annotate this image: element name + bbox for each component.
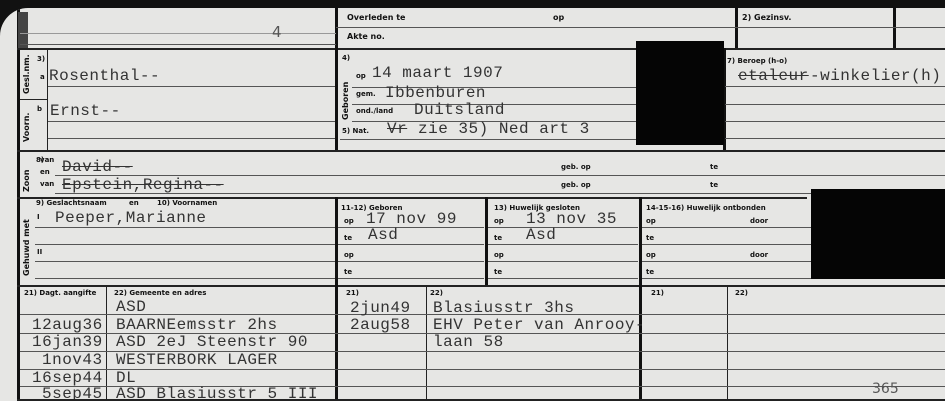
en-label: en: [129, 199, 139, 207]
pencil-mark: 4: [272, 23, 282, 41]
rule: [488, 244, 638, 245]
rule: [725, 86, 945, 87]
date-mid-1: 2aug58: [350, 316, 411, 334]
geb-op-label: geb. op: [561, 163, 591, 171]
col21-header-3: 21): [651, 289, 664, 297]
door-label: door: [750, 217, 768, 225]
spouse1-birth-place: Asd: [368, 226, 398, 244]
op-label: op: [344, 217, 354, 225]
rule: [340, 139, 642, 140]
rule: [35, 227, 335, 228]
rule: [35, 244, 335, 245]
date-left-1: 12aug36: [32, 316, 103, 334]
rule: [48, 86, 335, 87]
rule: [642, 244, 812, 245]
col21-header-2: 21): [346, 289, 359, 297]
given-names-value: Ernst--: [50, 102, 121, 120]
col22-header: 22) Gemeente en adres: [114, 289, 206, 297]
col21-header: 21) Dagt. aangifte: [24, 289, 96, 297]
rule: [20, 369, 945, 370]
ontbonden-header: 14-15-16) Huwelijk ontbonden: [646, 204, 766, 212]
left-border: [17, 8, 20, 401]
divider: [335, 197, 338, 287]
divider: [335, 285, 338, 401]
land-label: ond./land: [356, 107, 393, 115]
rule: [35, 278, 335, 279]
te-label-2: te: [710, 181, 718, 189]
rule: [20, 99, 48, 100]
divider: [639, 197, 642, 287]
section-rule: [17, 285, 945, 287]
te-label-6: te: [646, 268, 654, 276]
geboren-side-label: Geboren: [341, 82, 350, 120]
address-left-2: ASD 2eJ Steenstr 90: [116, 333, 308, 351]
overleden-label: Overleden te: [347, 13, 405, 22]
col22-header-3: 22): [735, 289, 748, 297]
divider: [893, 8, 896, 48]
col22-header-2: 22): [430, 289, 443, 297]
door-label-2: door: [750, 251, 768, 259]
divider: [106, 287, 107, 401]
rule: [488, 261, 638, 262]
zoon-side-label: Zoon: [22, 170, 31, 193]
rule: [338, 227, 484, 228]
address-left-1: BAARNEemsstr 2hs: [116, 316, 278, 334]
divider: [735, 8, 738, 48]
rule: [55, 175, 945, 176]
birth-place-value: Ibbenburen: [385, 84, 486, 102]
gem-label: gem.: [356, 90, 376, 98]
op-label-5: op: [646, 217, 656, 225]
address-mid-2: laan 58: [433, 333, 504, 351]
divider: [485, 197, 488, 287]
rule: [488, 227, 638, 228]
address-left-3: WESTERBORK LAGER: [116, 351, 278, 369]
op-label-3: op: [494, 217, 504, 225]
date-mid-0: 2jun49: [350, 299, 411, 317]
te-label-5: te: [646, 234, 654, 242]
overleden-op-label: op: [553, 13, 564, 22]
surname-value: Rosenthal--: [49, 67, 160, 85]
occupation-struck-value: etaleur: [738, 67, 809, 85]
address-mid-1: EHV Peter van Anrooy-: [433, 316, 645, 334]
rule: [20, 33, 336, 34]
divider: [727, 287, 728, 401]
card-number: 365: [872, 381, 899, 397]
rule: [488, 278, 638, 279]
date-left-3: 1nov43: [42, 351, 103, 369]
spouse1-value: Peeper,Marianne: [55, 209, 207, 227]
rule: [48, 121, 335, 122]
geslnm-side-label: Gesl.nm.: [22, 54, 31, 94]
roman-two: II: [37, 248, 42, 256]
mother-value: Epstein,Regina--: [62, 176, 224, 194]
geb-op-label-2: geb. op: [561, 181, 591, 189]
op-label-4: op: [494, 251, 504, 259]
te-label-4: te: [494, 268, 502, 276]
divider: [335, 48, 338, 150]
nat-struck-value: Vr: [387, 120, 407, 138]
rule: [20, 44, 336, 45]
rule: [642, 227, 812, 228]
occupation-value: -winkelier(h): [810, 67, 941, 85]
divider: [426, 287, 427, 401]
rule: [35, 261, 335, 262]
op-label-2: op: [344, 251, 354, 259]
voorn-side-label: Voorn.: [22, 113, 31, 142]
section3-number: 3): [37, 55, 45, 63]
father-value: David--: [62, 158, 133, 176]
section4-number: 4): [342, 54, 350, 62]
rule: [642, 261, 812, 262]
rule: [336, 27, 945, 28]
rule: [725, 104, 945, 105]
nationality-value: zie 35) Ned art 3: [418, 120, 590, 138]
address-mid-0: Blasiusstr 3hs: [433, 299, 574, 317]
redacted-photo-block: [636, 41, 724, 145]
en-label: en: [40, 168, 50, 176]
op-label: op: [356, 72, 366, 80]
divider: [47, 50, 48, 150]
tab-mark: [18, 12, 28, 48]
geslachtsnaam-header: 9) Geslachtsnaam: [36, 199, 107, 207]
divider: [335, 8, 338, 48]
op-label-6: op: [646, 251, 656, 259]
gehuwd-side-label: Gehuwd met: [22, 219, 31, 276]
rule: [725, 121, 945, 122]
van2-label: van: [40, 180, 54, 188]
section-rule: [17, 150, 945, 152]
te-label-3: te: [494, 234, 502, 242]
address-left-0: ASD: [116, 298, 146, 316]
rule: [642, 278, 812, 279]
section-rule: [17, 48, 945, 50]
divider: [639, 285, 642, 401]
b-marker: b: [37, 105, 42, 113]
registration-card: Overleden te op Akte no. 2) Gezinsv. 4 G…: [0, 8, 945, 401]
te-label: te: [344, 234, 352, 242]
birth-date-value: 14 maart 1907: [372, 64, 503, 82]
rule: [338, 278, 484, 279]
rule: [725, 138, 945, 139]
akte-label: Akte no.: [347, 32, 385, 41]
rule: [338, 261, 484, 262]
date-left-2: 16jan39: [32, 333, 103, 351]
marriage-place: Asd: [526, 226, 556, 244]
rule: [48, 138, 335, 139]
gezinsv-label: 2) Gezinsv.: [742, 13, 791, 22]
beroep-label: 7) Beroep (h-o): [727, 57, 787, 65]
a-marker: a: [40, 73, 45, 81]
redacted-block: [811, 189, 945, 279]
te-label-2: te: [344, 268, 352, 276]
roman-one: I: [37, 213, 40, 221]
te-label: te: [710, 163, 718, 171]
country-value: Duitsland: [414, 101, 505, 119]
voornamen-header: 10) Voornamen: [157, 199, 217, 207]
nat-label: 5) Nat.: [342, 127, 369, 135]
van-label: van: [40, 156, 54, 164]
rule: [338, 244, 484, 245]
